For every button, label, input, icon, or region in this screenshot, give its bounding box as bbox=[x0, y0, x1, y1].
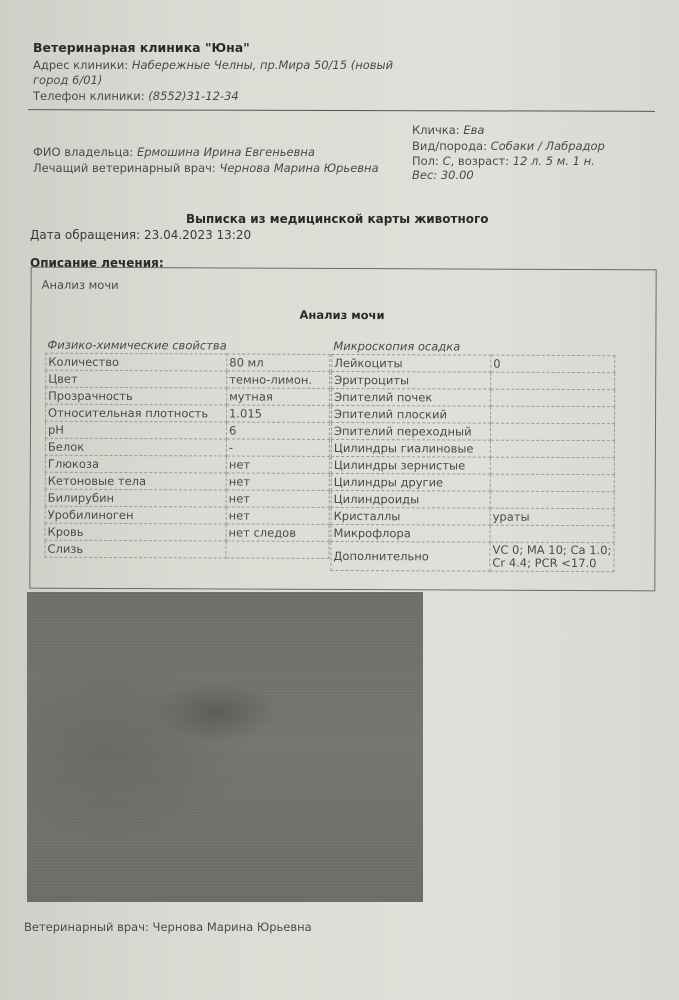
pet-weight-label: Вес: bbox=[412, 168, 441, 182]
clinic-name: Ветеринарная клиника "Юна" bbox=[33, 40, 250, 55]
table-row: Цилиндры другие bbox=[331, 473, 614, 491]
table-row: Количество80 мл bbox=[46, 353, 330, 371]
row-value bbox=[490, 474, 614, 492]
owner-value: Ермошина Ирина Евгеньевна bbox=[137, 145, 315, 159]
physchem-caption: Физико-химические свойства bbox=[45, 338, 330, 354]
row-key: Дополнительно bbox=[331, 541, 490, 571]
pet-sex-label: Пол: bbox=[412, 154, 443, 168]
row-key: Лейкоциты bbox=[332, 354, 491, 372]
table-row: Глюкозанет bbox=[45, 455, 329, 473]
row-key: Цвет bbox=[46, 370, 227, 388]
table-row: Микрофлора bbox=[331, 524, 614, 542]
table-row: Эпителий почек bbox=[332, 388, 615, 406]
document-page: Ветеринарная клиника "Юна" Адрес клиники… bbox=[0, 0, 679, 1000]
row-value: нет следов bbox=[226, 524, 329, 541]
table-row: Эритроциты bbox=[332, 371, 615, 389]
row-key: Относительная плотность bbox=[46, 404, 227, 422]
table-row: Уробилиногеннет bbox=[45, 506, 329, 524]
row-key: Эритроциты bbox=[332, 371, 491, 389]
row-value bbox=[490, 440, 614, 458]
table-row: Цветтемно-лимон. bbox=[46, 370, 330, 388]
row-key: Цилиндроиды bbox=[331, 490, 490, 508]
row-key: Цилиндры гиалиновые bbox=[331, 439, 490, 457]
clinic-address: Адрес клиники: Набережные Челны, пр.Мира… bbox=[33, 58, 393, 72]
document-title: Выписка из медицинской карты животного bbox=[186, 212, 489, 226]
row-value bbox=[490, 423, 614, 441]
row-value bbox=[226, 541, 329, 558]
row-value: ураты bbox=[490, 508, 614, 526]
row-key: Количество bbox=[46, 353, 227, 371]
table-row: Дополнительно VC 0; MA 10; Ca 1.0; Cr 4.… bbox=[331, 541, 614, 571]
row-key: Белок bbox=[45, 438, 226, 456]
doctor-value: Чернова Марина Юрьевна bbox=[219, 161, 378, 175]
clinic-phone: Телефон клиники: (8552)31-12-34 bbox=[33, 89, 239, 103]
pet-sex-age: Пол: С, возраст: 12 л. 5 м. 1 н. bbox=[412, 154, 595, 168]
row-key: Слизь bbox=[45, 540, 226, 558]
signature: Ветеринарный врач: Чернова Марина Юрьевн… bbox=[24, 920, 312, 934]
row-key: Глюкоза bbox=[45, 455, 226, 473]
row-key: Эпителий плоский bbox=[332, 405, 491, 423]
row-key: Билирубин bbox=[45, 489, 226, 507]
row-value: нет bbox=[226, 456, 329, 473]
table-row: Лейкоциты0 bbox=[332, 354, 615, 372]
row-value: нет bbox=[226, 490, 329, 507]
extra-value-line2: Cr 4.4; PCR <17.0 bbox=[492, 556, 596, 570]
pet-name-label: Кличка: bbox=[412, 123, 463, 137]
row-value: VC 0; MA 10; Ca 1.0; Cr 4.4; PCR <17.0 bbox=[490, 542, 614, 572]
pet-species-value: Собаки / Лабрадор bbox=[491, 139, 605, 153]
row-key: Эпителий переходный bbox=[331, 422, 490, 440]
pet-sex-value: С bbox=[443, 154, 451, 168]
attending-doctor: Лечащий ветеринарный врач: Чернова Марин… bbox=[33, 161, 379, 175]
row-value bbox=[490, 525, 614, 543]
table-row: Кристаллыураты bbox=[331, 507, 614, 525]
table-row: Слизь bbox=[45, 540, 329, 558]
row-value: 0 bbox=[491, 355, 615, 373]
clinic-address-continued: город 6/01) bbox=[33, 73, 102, 87]
row-key: Микрофлора bbox=[331, 524, 490, 542]
table-row: Билирубиннет bbox=[45, 489, 329, 507]
row-key: Эпителий почек bbox=[332, 388, 491, 406]
row-key: pH bbox=[45, 421, 226, 439]
row-value: темно-лимон. bbox=[227, 371, 330, 388]
table-row: Относительная плотность1.015 bbox=[46, 404, 330, 422]
header-divider bbox=[28, 109, 655, 112]
row-key: Цилиндры другие bbox=[331, 473, 490, 491]
visit-date: Дата обращения: 23.04.2023 13:20 bbox=[30, 228, 251, 242]
row-value: 80 мл bbox=[227, 354, 330, 371]
table-row: Эпителий переходный bbox=[331, 422, 614, 440]
owner-info: ФИО владельца: Ермошина Ирина Евгеньевна bbox=[33, 145, 315, 159]
physchem-table: Физико-химические свойства Количество80 … bbox=[44, 338, 330, 559]
clinic-address-value: Набережные Челны, пр.Мира 50/15 (новый bbox=[132, 58, 393, 72]
row-value: 6 bbox=[226, 422, 329, 439]
analysis-title: Анализ мочи bbox=[299, 308, 384, 322]
pet-species: Вид/порода: Собаки / Лабрадор bbox=[412, 139, 605, 153]
table-row: Цилиндры зернистые bbox=[331, 456, 614, 474]
table-row: Цилиндры гиалиновые bbox=[331, 439, 614, 457]
row-key: Прозрачность bbox=[46, 387, 227, 405]
row-key: Цилиндры зернистые bbox=[331, 456, 490, 474]
owner-label: ФИО владельца: bbox=[33, 145, 137, 159]
pet-age-label: , возраст: bbox=[451, 154, 513, 168]
treatment-label: Анализ мочи bbox=[42, 278, 119, 292]
clinic-phone-value: (8552)31-12-34 bbox=[148, 89, 238, 103]
row-key: Кровь bbox=[45, 523, 226, 541]
table-row: Белок- bbox=[45, 438, 329, 456]
table-row: Кровьнет следов bbox=[45, 523, 329, 541]
row-value: - bbox=[226, 439, 329, 456]
row-value bbox=[490, 491, 614, 509]
pet-name: Кличка: Ева bbox=[412, 123, 484, 137]
clinic-address-label: Адрес клиники: bbox=[33, 58, 132, 72]
table-row: pH6 bbox=[45, 421, 329, 439]
pet-weight: Вес: 30.00 bbox=[412, 168, 474, 182]
row-value: нет bbox=[226, 507, 329, 524]
row-value bbox=[491, 406, 615, 424]
row-key: Кетоновые тела bbox=[45, 472, 226, 490]
doctor-label: Лечащий ветеринарный врач: bbox=[33, 161, 219, 175]
row-value bbox=[490, 457, 614, 475]
row-value bbox=[491, 372, 615, 390]
row-value: мутная bbox=[227, 388, 330, 405]
table-row: Кетоновые теланет bbox=[45, 472, 329, 490]
row-value: нет bbox=[226, 473, 329, 490]
table-row: Прозрачностьмутная bbox=[46, 387, 330, 405]
pet-age-value: 12 л. 5 м. 1 н. bbox=[513, 154, 595, 168]
table-row: Цилиндроиды bbox=[331, 490, 614, 508]
treatment-box: Анализ мочи Анализ мочи Физико-химически… bbox=[29, 267, 656, 592]
microscopy-caption: Микроскопия осадка bbox=[331, 339, 615, 355]
pet-weight-value: 30.00 bbox=[441, 168, 474, 182]
attached-image bbox=[27, 592, 423, 902]
row-value bbox=[491, 389, 615, 407]
clinic-phone-label: Телефон клиники: bbox=[33, 89, 148, 103]
table-row: Эпителий плоский bbox=[332, 405, 615, 423]
microscopy-table: Микроскопия осадка Лейкоциты0ЭритроцитыЭ… bbox=[330, 339, 615, 572]
row-key: Уробилиноген bbox=[45, 506, 226, 524]
row-value: 1.015 bbox=[227, 405, 330, 422]
row-key: Кристаллы bbox=[331, 507, 490, 525]
pet-name-value: Ева bbox=[463, 123, 484, 137]
pet-species-label: Вид/порода: bbox=[412, 139, 491, 153]
